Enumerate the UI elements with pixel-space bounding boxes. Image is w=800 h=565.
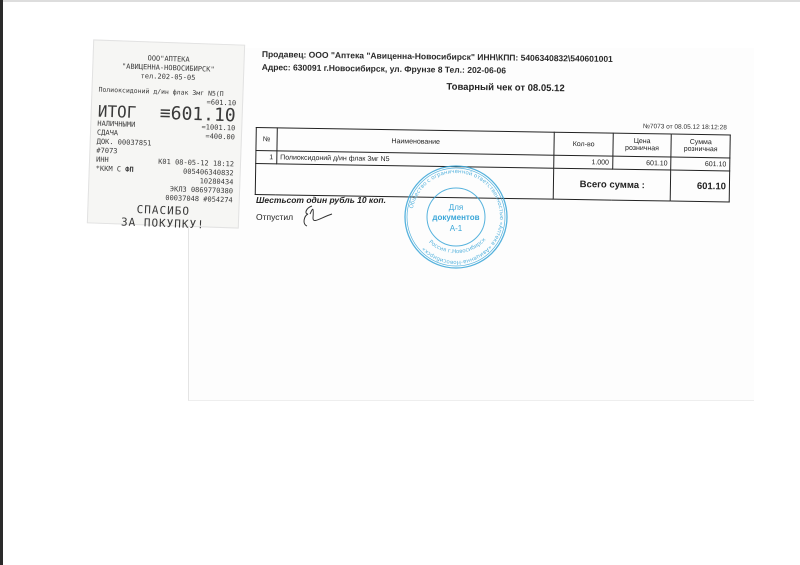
- col-header-price-line2: розничная: [616, 145, 668, 153]
- row-price: 601.10: [612, 156, 671, 170]
- document-number: №7073 от 08.05.12 18:12:28: [643, 123, 727, 131]
- receipt-kkm-fp: ФП: [125, 166, 134, 174]
- stamp-center-line3: А-1: [450, 224, 463, 233]
- signature-icon: [298, 200, 338, 230]
- receipt-total-label: ИТОГ: [97, 104, 136, 121]
- col-header-qty: Кол-во: [554, 132, 613, 156]
- invoice-header: Продавец: ООО "Аптека "Авиценна-Новосиби…: [261, 48, 742, 97]
- total-value: 601.10: [671, 170, 730, 202]
- released-by-label: Отпустил: [256, 212, 293, 222]
- receipt-change-value: =400.00: [205, 132, 235, 142]
- stamp-center-line2: документов: [432, 213, 479, 222]
- receipt-kkm-label: *ККМ С: [96, 165, 122, 174]
- scan-edge-top: [0, 0, 800, 2]
- total-label: Всего сумма :: [554, 168, 671, 201]
- row-qty: 1.000: [554, 155, 613, 169]
- col-header-sum-line2: розничная: [675, 146, 727, 154]
- cash-receipt: ООО"АПТЕКА "АВИЦЕННА-НОВОСИБИРСК" тел.20…: [87, 39, 245, 228]
- company-stamp: Общество с ограниченной ответственностью…: [403, 164, 509, 270]
- receipt-total-value: ≡601.10: [160, 106, 236, 125]
- col-header-no: №: [256, 128, 277, 151]
- scan-edge-left: [0, 0, 3, 565]
- receipt-inn-label: ИНН: [96, 156, 109, 165]
- row-sum: 601.10: [671, 157, 730, 171]
- stamp-center-line1: Для: [449, 203, 463, 212]
- col-header-price: Цена розничная: [613, 133, 672, 157]
- row-no: 1: [256, 151, 277, 164]
- col-header-sum: Сумма розничная: [671, 134, 730, 158]
